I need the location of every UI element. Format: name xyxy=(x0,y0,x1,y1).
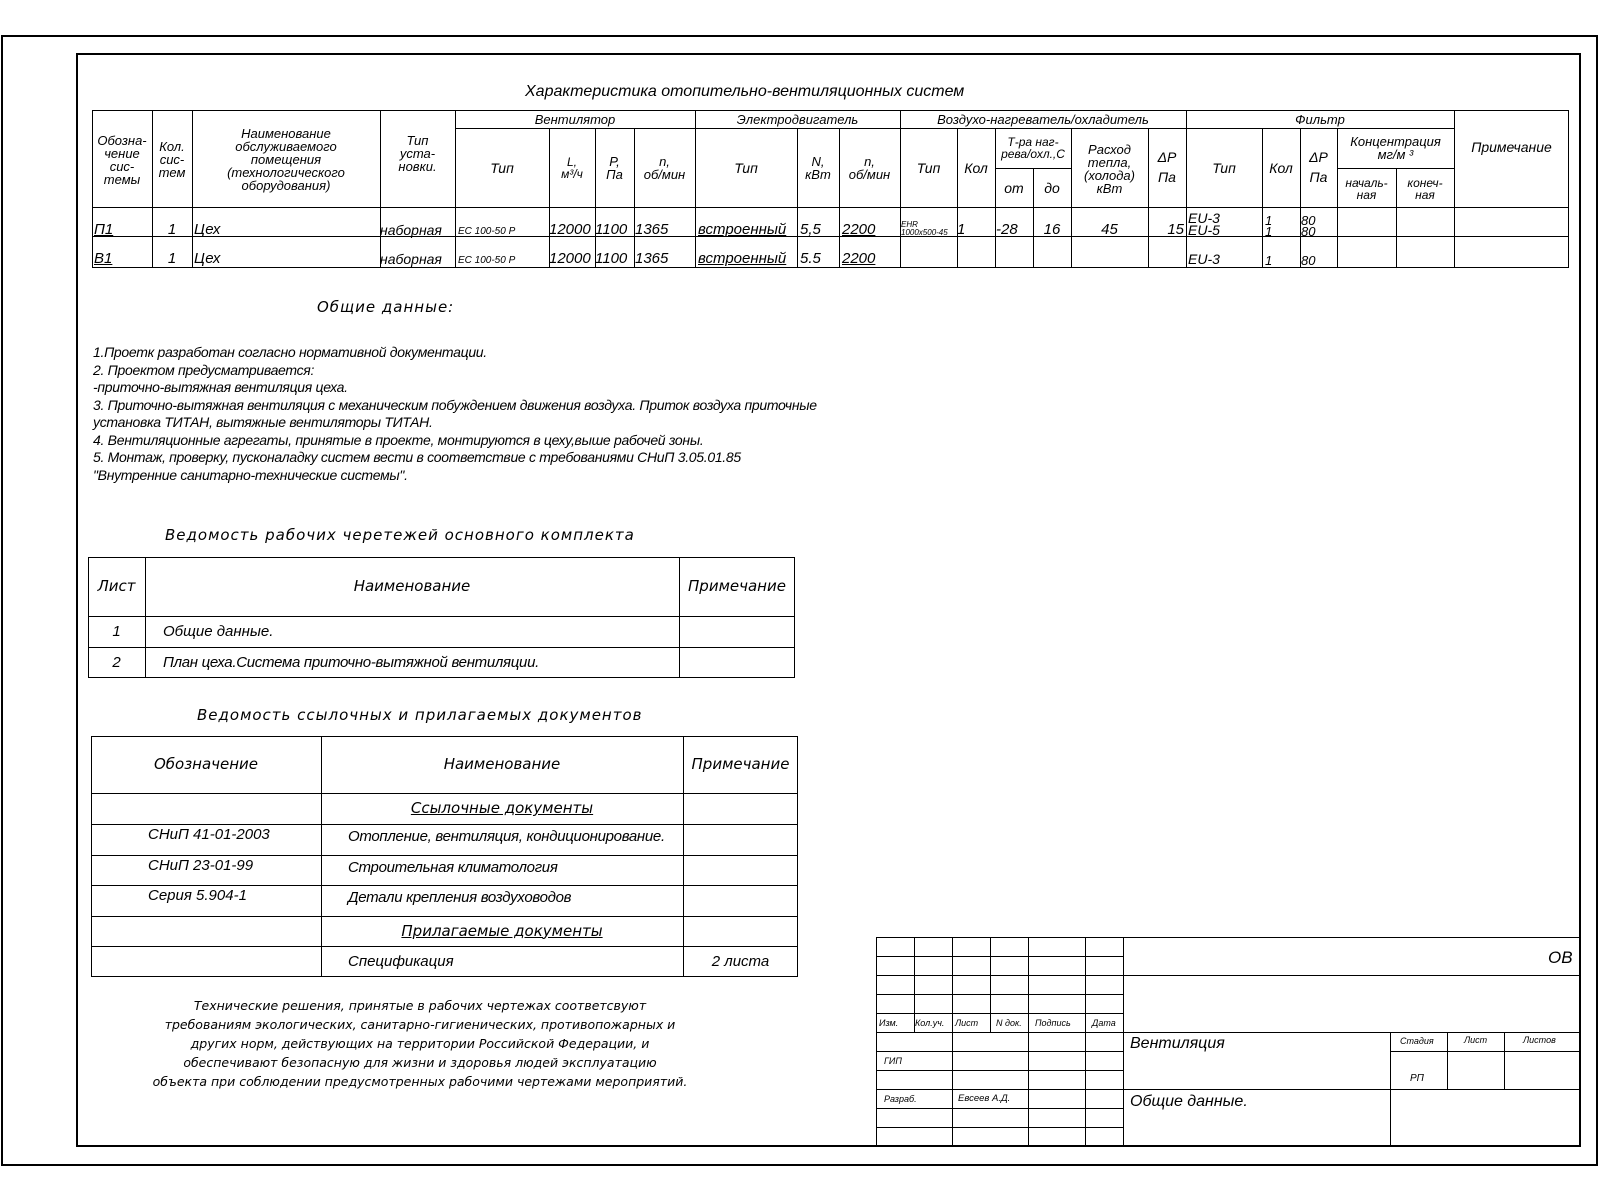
hdr-heater-type: Тип xyxy=(900,128,957,207)
general-data-line: 1.Проетк разработан согласно нормативной… xyxy=(93,344,817,362)
drawings-table-title: Ведомость рабочих черетежей основного ко… xyxy=(165,528,635,543)
cell-room: Цех xyxy=(194,237,378,266)
drawings-row-1-name[interactable]: Общие данные. xyxy=(163,616,673,647)
general-data-line: 2. Проектом предусматривается: xyxy=(93,362,817,380)
cell-filter-type: EU-3 EU-5 xyxy=(1188,208,1260,237)
tb-col-sign: Подпись xyxy=(1035,1019,1071,1028)
hdr-heater-temp-to: до xyxy=(1033,168,1071,207)
hdr-count: Кол. сис- тем xyxy=(152,112,192,207)
cell-fan-type: EC 100-50 P xyxy=(458,237,546,266)
drawings-row-1-sheet: 1 xyxy=(88,616,145,647)
cell-temp-from xyxy=(996,237,1032,266)
cell-heater-flow: 45 xyxy=(1071,208,1148,237)
compliance-note-line: других норм, действующих на территории Р… xyxy=(100,1034,740,1053)
cell-motor-type: встроенный xyxy=(698,237,794,266)
compliance-note-line: обеспечивают безопасную для жизни и здор… xyxy=(100,1053,740,1072)
hdr-filter-conc: Концентрация мг/м ³ xyxy=(1337,128,1454,168)
cell-filter-count: 1 1 xyxy=(1265,208,1297,237)
hdr-heater-temp: Т-ра наг- рева/охл.,С xyxy=(995,128,1071,168)
compliance-note-line: Технические решения, принятые в рабочих … xyxy=(100,996,740,1015)
compliance-note-line: требованиям экологических, санитарно-гиг… xyxy=(100,1015,740,1034)
docs-att-name[interactable]: Спецификация xyxy=(348,946,678,977)
cell-conc-end xyxy=(1396,208,1454,237)
cell-notes xyxy=(1454,208,1569,237)
main-table-title: Характеристика отопительно-вентиляционны… xyxy=(525,84,964,100)
tb-dev-name: Евсеев А.Д. xyxy=(958,1094,1010,1104)
cell-fan-n: 1365 xyxy=(635,237,694,266)
cell-heater-flow xyxy=(1071,237,1148,266)
hdr-heater-dp: ΔP Па xyxy=(1148,128,1186,207)
cell-conc-end xyxy=(1396,237,1454,266)
tb-col-ndoc: N док. xyxy=(996,1019,1022,1028)
cell-heater-type: EHR 1000x500-45 xyxy=(901,208,956,237)
general-data-line: 4. Вентиляционные агрегаты, принятые в п… xyxy=(93,432,817,450)
cell-conc-start xyxy=(1337,237,1396,266)
cell-fan-L: 12000 xyxy=(549,237,595,266)
hdr-filter-conc-start: началь- ная xyxy=(1337,170,1396,207)
hdr-designation: Обозна- чение сис- темы xyxy=(92,112,152,207)
general-data-line: 3. Приточно-вытяжная вентиляция с механи… xyxy=(93,397,817,415)
hdr-install-type: Тип уста- новки. xyxy=(380,112,455,194)
tb-code: ОВ xyxy=(1548,949,1573,966)
cell-filter-count: 1 xyxy=(1265,237,1297,266)
drawings-hdr-notes: Примечание xyxy=(679,557,795,616)
drawings-hdr-name: Наименование xyxy=(145,557,679,616)
cell-heater-count xyxy=(957,237,995,266)
docs-section-attached: Прилагаемые документы xyxy=(321,916,683,946)
tb-stage-label: Стадия xyxy=(1400,1037,1434,1046)
hdr-room-name: Наименование обслуживаемого помещения (т… xyxy=(192,112,380,207)
docs-ref-designation: Серия 5.904-1 xyxy=(148,885,318,916)
cell-designation: П1 xyxy=(94,208,150,237)
hdr-filter-type: Тип xyxy=(1186,128,1262,207)
cell-temp-from: -28 xyxy=(996,208,1032,237)
tb-col-list: Лист xyxy=(955,1019,978,1028)
cell-count: 1 xyxy=(152,237,192,266)
cell-install-type: наборная xyxy=(380,237,455,266)
docs-ref-name[interactable]: Строительная климатология xyxy=(348,855,718,888)
tb-col-date: Дата xyxy=(1092,1019,1116,1028)
cell-filter-type: EU-3 xyxy=(1188,237,1260,266)
hdr-heater-group: Воздухо-нагреватель/охладитель xyxy=(900,110,1186,128)
cell-conc-start xyxy=(1337,208,1396,237)
docs-hdr-designation: Обозначение xyxy=(91,736,321,793)
cell-room: Цех xyxy=(194,208,378,237)
cell-fan-type: EC 100-50 P xyxy=(458,208,546,237)
docs-ref-designation: СНиП 41-01-2003 xyxy=(148,824,318,855)
hdr-fan-group: Вентилятор xyxy=(455,110,695,128)
cell-fan-P: 1100 xyxy=(595,208,634,237)
hdr-filter-conc-end: конеч- ная xyxy=(1396,170,1454,207)
cell-temp-to xyxy=(1033,237,1071,266)
cell-fan-n: 1365 xyxy=(635,208,694,237)
docs-ref-designation: СНиП 23-01-99 xyxy=(148,855,318,886)
docs-hdr-name: Наименование xyxy=(321,736,683,793)
cell-notes xyxy=(1454,237,1569,266)
cell-install-type: наборная xyxy=(380,208,455,237)
hdr-heater-temp-from: от xyxy=(995,168,1033,207)
tb-role-dev: Разраб. xyxy=(884,1095,917,1104)
cell-motor-type: встроенный xyxy=(698,208,794,237)
general-data-title: Общие данные: xyxy=(317,300,454,315)
hdr-heater-count: Кол xyxy=(957,128,995,207)
cell-fan-L: 12000 xyxy=(549,208,595,237)
general-data-line: 5. Монтаж, проверку, пусконаладку систем… xyxy=(93,449,817,467)
hdr-fan-n: n, об/мин xyxy=(634,128,695,207)
hdr-heater-flow: Расход тепла, (холода) кВт xyxy=(1071,130,1148,207)
compliance-note: Технические решения, принятые в рабочих … xyxy=(100,996,740,1091)
cell-heater-dp: 15 xyxy=(1150,208,1184,237)
cell-motor-n: 2200 xyxy=(842,208,897,237)
tb-role-gip: ГИП xyxy=(884,1057,902,1066)
hdr-filter-dp: ΔP Па xyxy=(1300,128,1337,207)
cell-motor-n: 2200 xyxy=(842,237,897,266)
cell-count: 1 xyxy=(152,208,192,237)
hdr-fan-L: L, м³/ч xyxy=(549,128,595,207)
docs-att-notes: 2 листа xyxy=(683,946,798,977)
tb-sheets-label: Листов xyxy=(1523,1036,1556,1045)
tb-col-izm: Изм. xyxy=(879,1019,898,1028)
docs-hdr-notes: Примечание xyxy=(683,736,798,793)
hdr-motor-type: Тип xyxy=(695,128,797,207)
hdr-fan-type: Тип xyxy=(455,128,549,207)
general-data-line: -приточно-вытяжная вентиляция цеха. xyxy=(93,379,817,397)
drawings-hdr-sheet: Лист xyxy=(88,557,145,616)
drawings-row-2-sheet: 2 xyxy=(88,647,145,678)
cell-heater-type xyxy=(901,237,956,266)
hdr-motor-N: N, кВт xyxy=(797,128,839,207)
tb-stage-value: РП xyxy=(1410,1074,1424,1084)
cell-fan-P: 1100 xyxy=(595,237,634,266)
cell-filter-dp: 80 80 xyxy=(1301,208,1336,237)
docs-ref-name[interactable]: Отопление, вентиляция, кондиционирование… xyxy=(348,824,718,857)
tb-sheet-name: Общие данные. xyxy=(1130,1094,1248,1110)
tb-project-name: Вентиляция xyxy=(1130,1036,1225,1052)
cell-temp-to: 16 xyxy=(1033,208,1071,237)
cell-filter-dp: 80 xyxy=(1301,237,1336,266)
hdr-motor-n: n, об/мин xyxy=(839,128,900,207)
hdr-motor-group: Электродвигатель xyxy=(695,110,900,128)
hdr-fan-P: P, Па xyxy=(595,128,634,207)
cell-motor-N: 5,5 xyxy=(800,208,836,237)
tb-sheet-label: Лист xyxy=(1464,1036,1487,1045)
docs-section-ref: Ссылочные документы xyxy=(321,793,683,824)
general-data-text: 1.Проетк разработан согласно нормативной… xyxy=(93,344,817,484)
drawings-row-2-name[interactable]: План цеха.Система приточно-вытяжной вент… xyxy=(163,647,673,678)
hdr-notes: Примечание xyxy=(1454,112,1569,182)
docs-ref-name[interactable]: Детали крепления воздуховодов xyxy=(348,885,718,918)
hdr-filter-count: Кол xyxy=(1262,128,1300,207)
cell-motor-N: 5.5 xyxy=(800,237,836,266)
compliance-note-line: объекта при соблюдении предусмотренных р… xyxy=(100,1072,740,1091)
hdr-filter-group: Фильтр xyxy=(1186,110,1454,128)
general-data-line: установка ТИТАН, вытяжные вентиляторы ТИ… xyxy=(93,414,817,432)
cell-heater-dp xyxy=(1150,237,1184,266)
tb-col-kolvo: Кол.уч. xyxy=(915,1019,944,1028)
docs-table-title: Ведомость ссылочных и прилагаемых докуме… xyxy=(197,708,642,723)
general-data-line: "Внутренние санитарно-технические систем… xyxy=(93,467,817,485)
cell-heater-count: 1 xyxy=(957,208,995,237)
cell-designation: В1 xyxy=(94,237,150,266)
